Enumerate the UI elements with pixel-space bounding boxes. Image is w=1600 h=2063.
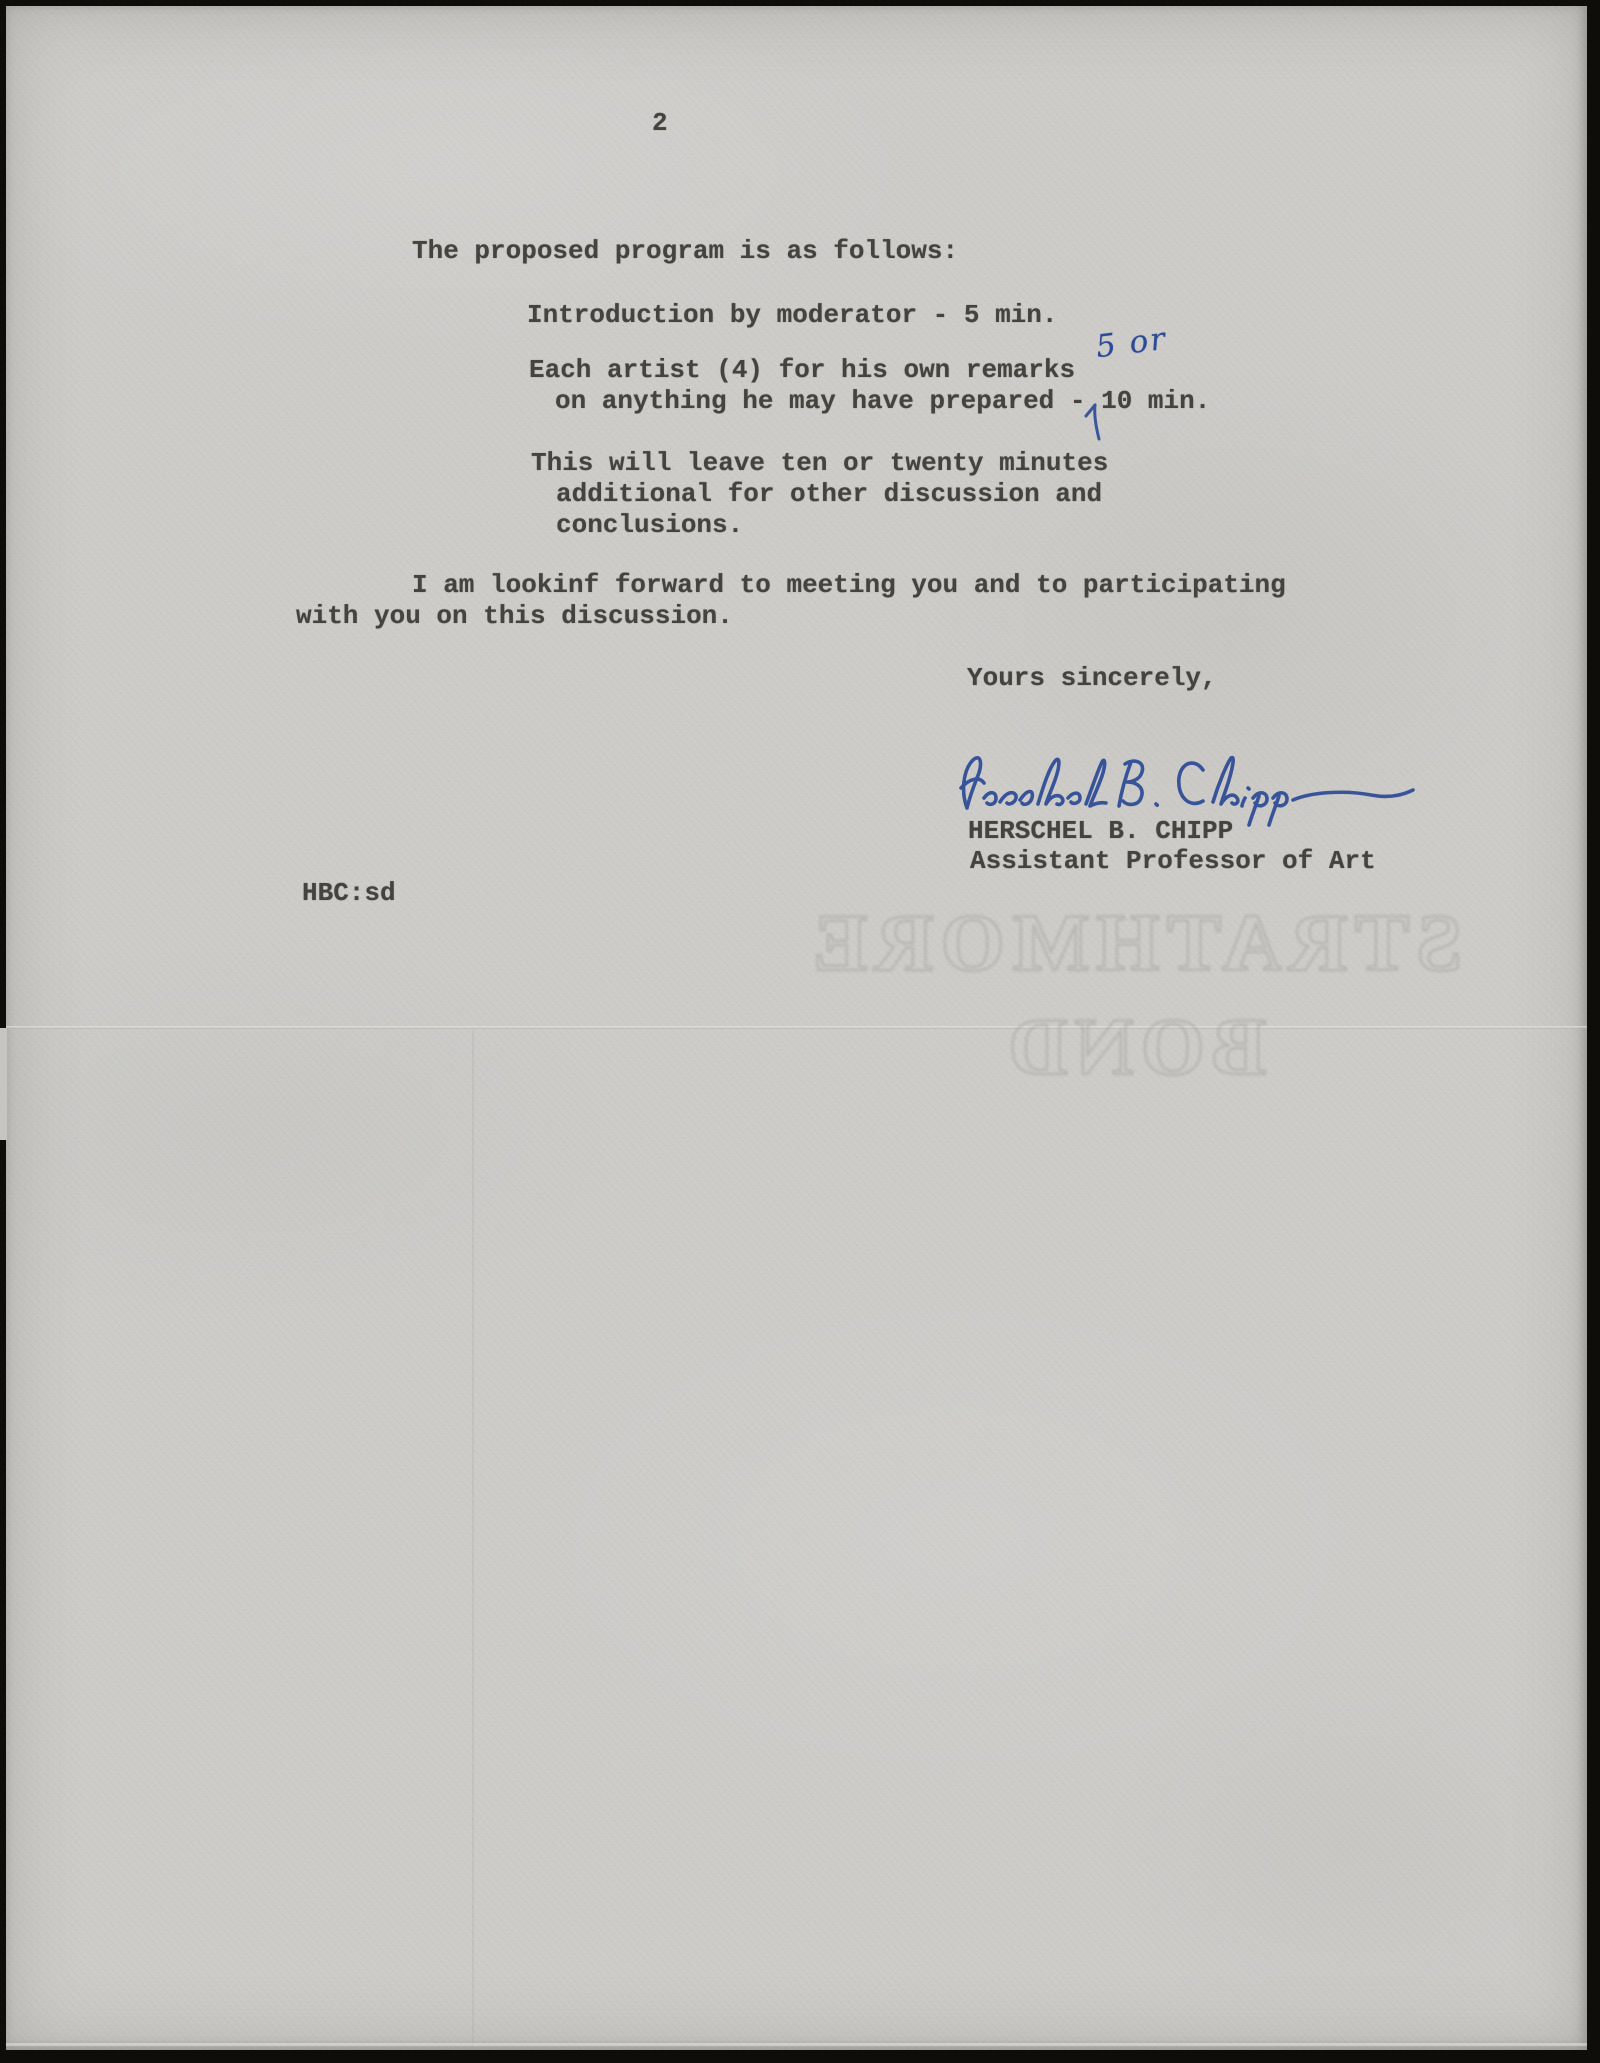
program-item-discussion-line1: This will leave ten or twenty minutes xyxy=(531,450,1108,476)
reference-initials: HBC:sd xyxy=(302,880,396,906)
program-item-discussion-line3: conclusions. xyxy=(556,512,743,538)
vertical-fold-crease xyxy=(472,1030,474,2046)
closing-paragraph-line2: with you on this discussion. xyxy=(296,603,733,629)
handwritten-caret-icon xyxy=(1082,400,1106,442)
scanned-letter-page: { "document": { "page_number": "2", "int… xyxy=(0,0,1600,2063)
program-item-artists-line1: Each artist (4) for his own remarks xyxy=(529,357,1075,383)
paper-bottom-edge-highlight xyxy=(6,2043,1587,2046)
paper-watermark-strathmore-bond: STRATHMORE BOND xyxy=(678,891,1590,995)
paper-edge-notch xyxy=(0,1028,7,1140)
signer-typed-title: Assistant Professor of Art xyxy=(970,848,1376,874)
program-item-introduction: Introduction by moderator - 5 min. xyxy=(527,302,1058,328)
handwritten-insertion-text: 5 or xyxy=(1094,324,1168,363)
intro-line: The proposed program is as follows: xyxy=(412,238,958,264)
program-item-discussion-line2: additional for other discussion and xyxy=(556,481,1102,507)
page-number: 2 xyxy=(652,110,668,136)
program-item-artists-line2: on anything he may have prepared - 10 mi… xyxy=(555,388,1210,414)
closing-paragraph-line1: I am lookinf forward to meeting you and … xyxy=(412,572,1286,598)
signature-herschel-b-chipp xyxy=(953,748,1421,830)
valediction: Yours sincerely, xyxy=(967,665,1217,691)
horizontal-fold-crease xyxy=(6,1026,1587,1029)
